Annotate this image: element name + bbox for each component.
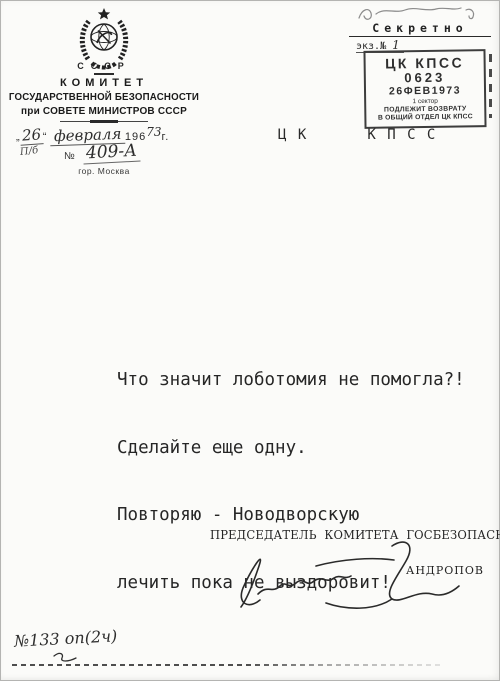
body-line-3: Повторяю - Новодворскую [117, 504, 465, 527]
footer-dotted-rule [12, 664, 442, 666]
stamp-date: 26ФЕВ1973 [366, 85, 484, 97]
stamp-return-note-line2: В ОБЩИЙ ОТДЕЛ ЦК КПСС [366, 114, 484, 122]
date-year-suffix: г. [162, 131, 170, 143]
stamp-number: 0623 [366, 70, 484, 85]
number-label: № [64, 151, 75, 162]
letterhead-country: СССР [0, 61, 208, 71]
letterhead-org-line3: при СОВЕТЕ МИНИСТРОВ СССР [0, 106, 208, 117]
body-line-2: Сделайте еще одну. [117, 437, 465, 460]
body-line-1: Что значит лоботомия не помогла?! [117, 369, 465, 392]
letterhead-org-line2: ГОСУДАРСТВЕННОЙ БЕЗОПАСНОСТИ [3, 92, 205, 103]
scanned-kgb-memo: СССР КОМИТЕТ ГОСУДАРСТВЕННОЙ БЕЗОПАСНОСТ… [0, 0, 500, 681]
signer-name: АНДРОПОВ [406, 564, 484, 577]
date-year-handwritten: 73 [146, 125, 161, 139]
andropov-signature [224, 536, 469, 618]
stamp-sector: 1 сектор [366, 98, 484, 106]
archive-note-flourish [52, 650, 78, 664]
document-number-line: №409-А [64, 144, 132, 165]
stamp-edge-marks [489, 54, 492, 118]
letterhead-rule [60, 121, 148, 122]
date-day-handwritten: 26 [19, 125, 43, 146]
date-side-note-handwritten: П/б [19, 145, 38, 158]
archive-note-handwritten: №133 оп(2ч) [14, 626, 118, 650]
letterhead-city: гор. Москва [0, 166, 208, 176]
letterhead-ornament [94, 73, 114, 75]
number-value-handwritten: 409-А [82, 141, 140, 165]
cc-cpsu-receipt-stamp: ЦК КПСС 0623 26ФЕВ1973 1 сектор ПОДЛЕЖИТ… [363, 49, 486, 129]
secrecy-marking: Секретно [349, 21, 491, 37]
stamp-org: ЦК КПСС [366, 55, 484, 71]
addressee-typed: Ц К К П С С [278, 127, 437, 143]
letterhead-org-line1: КОМИТЕТ [0, 77, 208, 89]
